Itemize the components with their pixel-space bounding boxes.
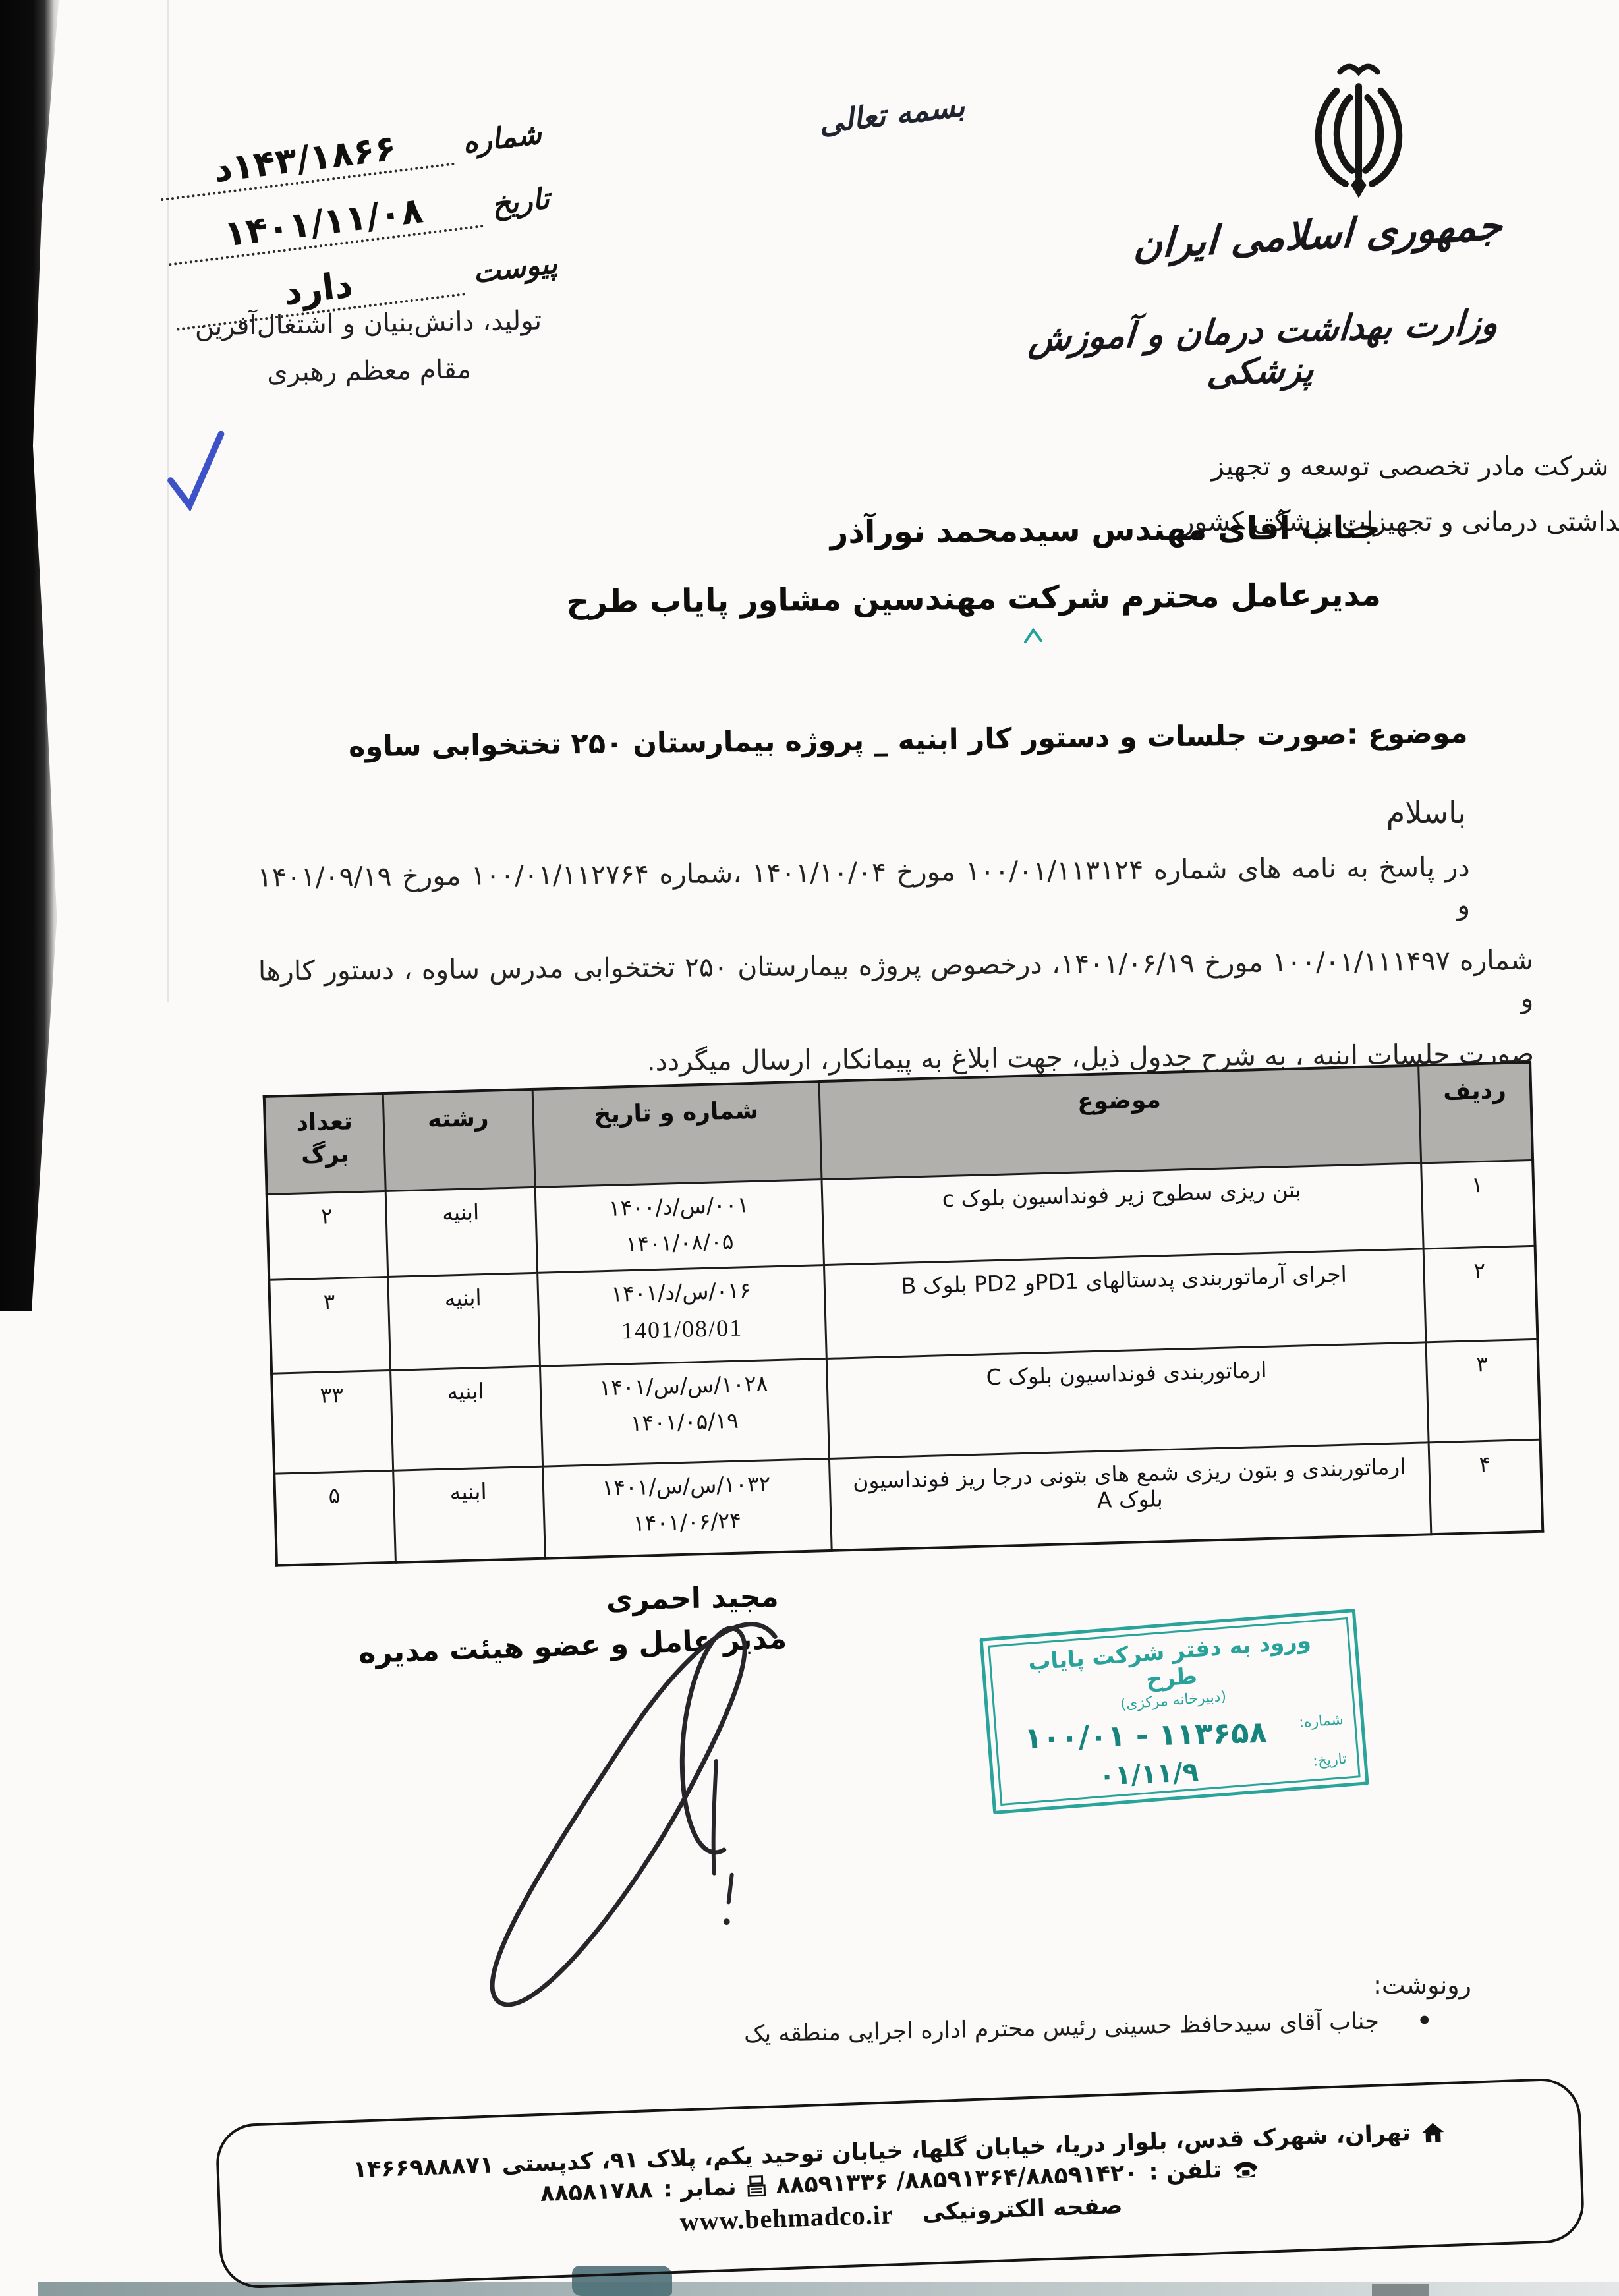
cell-pages: ۲ bbox=[267, 1191, 387, 1280]
teal-caret-mark-icon bbox=[1023, 627, 1045, 645]
cell-field: ابنیه bbox=[390, 1366, 542, 1470]
cell-row-no: ۴ bbox=[1429, 1439, 1543, 1535]
cell-subject: بتن ریزی سطوح زیر فونداسیون بلوک c bbox=[821, 1162, 1423, 1265]
col-header-field: رشته bbox=[383, 1089, 535, 1191]
stamp-date-label: تاریخ: bbox=[1286, 1750, 1348, 1771]
handwritten-signature-icon bbox=[407, 1590, 829, 2021]
cell-number: ۱۴۰۱/س/س/۱۰۲۸ bbox=[548, 1369, 820, 1402]
ref-attachment-label: پیوست bbox=[471, 246, 559, 294]
entry-stamp: ورود به دفتر شرکت پایاب طرح (دبیرخانه مر… bbox=[979, 1609, 1369, 1814]
stamp-outer-border: ورود به دفتر شرکت پایاب طرح (دبیرخانه مر… bbox=[979, 1609, 1369, 1814]
cell-number: ۱۴۰۱/س/س/۱۰۳۲ bbox=[550, 1469, 822, 1502]
ref-attachment-value: دارد bbox=[281, 264, 355, 313]
cell-field: ابنیه bbox=[385, 1187, 537, 1277]
cell-subject: اجرای آرماتوربندی پدستالهای PD1و PD2 بلو… bbox=[824, 1248, 1426, 1358]
stamp-number-label: شماره: bbox=[1282, 1711, 1344, 1733]
cc-item: جناب آقای سیدحافظ حسینی رئیس محترم اداره… bbox=[744, 2004, 1434, 2052]
cell-date: ۱۴۰۱/۰۸/۰۵ bbox=[544, 1226, 816, 1259]
bismillah-text: بسمه تعالی bbox=[817, 88, 967, 141]
cell-field: ابنیه bbox=[387, 1273, 540, 1370]
gov-title-ministry: وزارت بهداشت درمان و آموزش پزشکی bbox=[982, 301, 1541, 401]
cell-pages: ۵ bbox=[274, 1470, 395, 1566]
cell-row-no: ۳ bbox=[1425, 1339, 1540, 1443]
slogan-line1: تولید، دانش‌بنیان و اشتغال‌آفرین bbox=[179, 305, 558, 342]
phone-label: تلفن : bbox=[1149, 2156, 1222, 2185]
recipient-name: جناب آقای مهندس سیدمحمد نورآذر bbox=[565, 509, 1380, 554]
stamp-number-value: ۱۰۰/۰۱ - ۱۱۳۶۵۸ bbox=[1008, 1714, 1284, 1756]
cell-number-date: ۱۴۰۱/س/س/۱۰۲۸ ۱۴۰۱/۰۵/۱۹ bbox=[540, 1358, 829, 1466]
cell-number-date: ۱۴۰۱/د/س/۰۱۶ 1401/08/01 bbox=[537, 1265, 826, 1366]
cell-subject: ارماتوربندی و بتون ریزی شمع های بتونی در… bbox=[829, 1442, 1431, 1551]
ref-date-label: تاریخ bbox=[490, 182, 552, 226]
cell-number-date: ۱۴۰۰/د/س/۰۰۱ ۱۴۰۱/۰۸/۰۵ bbox=[535, 1179, 824, 1273]
subject-line: موضوع :صورت جلسات و دستور کار ابنیه _ پر… bbox=[348, 717, 1467, 764]
body-line-1: در پاسخ به نامه های شماره ۱۰۰/۰۱/۱۱۳۱۲۴ … bbox=[257, 847, 1533, 935]
scanned-letter-page: شماره ۱۴۳/۱۸۶۶د تاریخ ۱۴۰۱/۱۱/۰۸ پیوست د… bbox=[0, 0, 1619, 2296]
cell-number: ۱۴۰۰/د/س/۰۰۱ bbox=[543, 1190, 815, 1222]
ref-number-label: شماره bbox=[461, 117, 544, 163]
cell-date: ۱۴۰۱/۰۵/۱۹ bbox=[548, 1405, 820, 1438]
fax-label: نمابر : bbox=[663, 2173, 737, 2202]
cell-date: 1401/08/01 bbox=[546, 1311, 818, 1346]
year-slogan-block: تولید، دانش‌بنیان و اشتغال‌آفرین مقام مع… bbox=[179, 305, 559, 389]
body-paragraph: در پاسخ به نامه های شماره ۱۰۰/۰۱/۱۱۳۱۲۴ … bbox=[257, 847, 1534, 1101]
blue-check-icon bbox=[160, 426, 236, 519]
fax-icon bbox=[747, 2175, 766, 2198]
phone-icon bbox=[1232, 2158, 1260, 2179]
meeting-minutes-table: ردیف موضوع شماره و تاریخ رشته تعداد برگ … bbox=[263, 1061, 1545, 1567]
ref-number-value: ۱۴۳/۱۸۶۶د bbox=[212, 127, 399, 190]
scan-edge-band bbox=[0, 0, 63, 1311]
website-url: www.behmadco.ir bbox=[679, 2198, 894, 2237]
meeting-minutes-table-wrap: ردیف موضوع شماره و تاریخ رشته تعداد برگ … bbox=[263, 1061, 1542, 1567]
house-icon bbox=[1421, 2121, 1445, 2144]
cell-pages: ۳۳ bbox=[271, 1370, 393, 1474]
cell-row-no: ۲ bbox=[1423, 1246, 1538, 1342]
cell-subject: ارماتوربندی فونداسیون بلوک C bbox=[826, 1342, 1429, 1458]
fax-number: ۸۸۵۸۱۷۸۸ bbox=[540, 2177, 653, 2207]
cell-field: ابنیه bbox=[393, 1466, 545, 1563]
recipient-title: مدیرعامل محترم شرکت مهندسین مشاور پایاب … bbox=[566, 577, 1381, 621]
recipient-block: جناب آقای مهندس سیدمحمد نورآذر مدیرعامل … bbox=[565, 509, 1381, 621]
cell-date: ۱۴۰۱/۰۶/۲۴ bbox=[551, 1505, 823, 1538]
slogan-line2: مقام معظم رهبری bbox=[179, 353, 559, 389]
salutation: باسلام bbox=[1386, 795, 1466, 830]
cell-number: ۱۴۰۱/د/س/۰۱۶ bbox=[545, 1275, 817, 1308]
col-header-row-no: ردیف bbox=[1418, 1062, 1533, 1163]
footer-box: تهران، شهرک قدس، بلوار دریا، خیابان گلها… bbox=[215, 2077, 1585, 2289]
iran-emblem-icon bbox=[1303, 59, 1414, 204]
website-label: صفحه الکترونیکی bbox=[922, 2193, 1123, 2226]
cc-label: رونوشت: bbox=[1373, 1970, 1471, 1999]
col-header-pages: تعداد برگ bbox=[264, 1093, 385, 1194]
org-name-line1: شرکت مادر تخصصی توسعه و تجهیز bbox=[1181, 439, 1619, 494]
col-header-number-date: شماره و تاریخ bbox=[532, 1081, 822, 1187]
cell-row-no: ۱ bbox=[1421, 1160, 1535, 1249]
gov-title-republic: جمهوری اسلامی ایران bbox=[1120, 202, 1517, 269]
scan-corner-mark bbox=[1372, 2284, 1429, 2296]
ref-number-line: ۱۴۳/۱۸۶۶د bbox=[156, 120, 455, 201]
cell-number-date: ۱۴۰۱/س/س/۱۰۳۲ ۱۴۰۱/۰۶/۲۴ bbox=[542, 1458, 832, 1559]
ref-date-value: ۱۴۰۱/۱۱/۰۸ bbox=[222, 189, 426, 254]
col-header-subject: موضوع bbox=[818, 1066, 1421, 1180]
stamp-inner-border: ورود به دفتر شرکت پایاب طرح (دبیرخانه مر… bbox=[988, 1617, 1360, 1806]
body-line-2: شماره ۱۰۰/۰۱/۱۱۱۴۹۷ مورخ ۱۴۰۱/۰۶/۱۹، درخ… bbox=[258, 941, 1534, 1029]
cell-pages: ۳ bbox=[269, 1277, 390, 1373]
